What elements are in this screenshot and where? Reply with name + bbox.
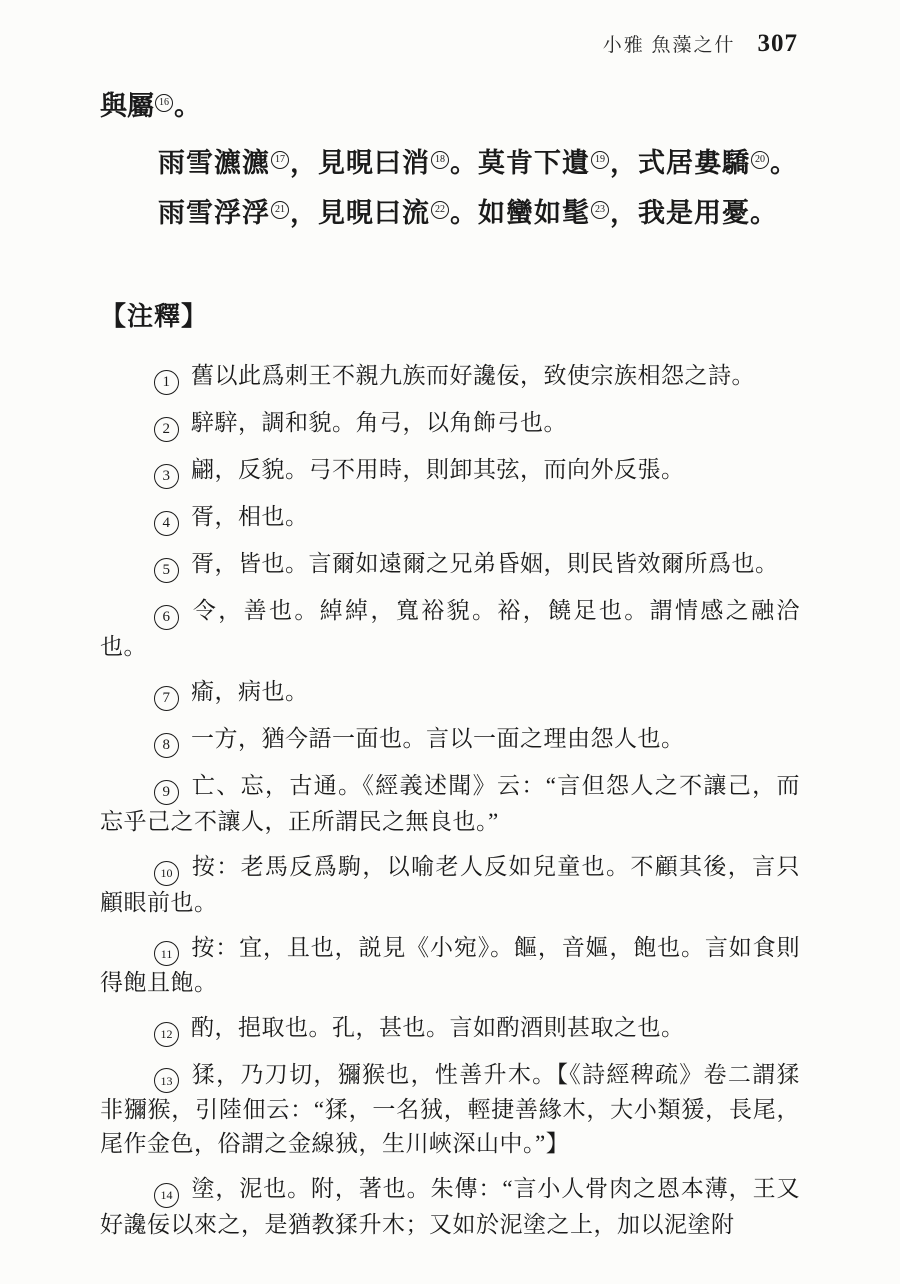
- note-number-circled: 5: [154, 558, 179, 583]
- verse-text: 雨雪瀌瀌: [158, 148, 270, 178]
- note-number-circled: 4: [154, 511, 179, 536]
- page-header: 小雅 魚藻之什 307: [100, 30, 800, 58]
- note-item: 2騂騂，調和貌。角弓，以角飾弓也。: [100, 406, 800, 442]
- note-text: 令，善也。綽綽，寬裕貌。裕，饒足也。謂情感之融洽也。: [100, 598, 800, 659]
- note-item: 9亡、忘，古通。《經義述聞》云：“言但怨人之不讓己，而忘乎己之不讓人，正所謂民之…: [100, 769, 800, 839]
- note-number-circled: 9: [154, 780, 179, 805]
- note-item: 12酌，挹取也。孔，甚也。言如酌酒則甚取之也。: [100, 1011, 800, 1047]
- note-ref-marker: 22: [431, 201, 449, 219]
- verse-text: 。如蠻如髦: [450, 198, 590, 228]
- note-item: 6令，善也。綽綽，寬裕貌。裕，饒足也。謂情感之融洽也。: [100, 594, 800, 664]
- note-text: 舊以此爲刺王不親九族而好讒佞，致使宗族相怨之詩。: [191, 363, 755, 388]
- note-text: 一方，猶今語一面也。言以一面之理由怨人也。: [191, 726, 685, 751]
- note-item: 11按：宜，且也，説見《小宛》。饇，音嫗，飽也。言如食則得飽且飽。: [100, 931, 800, 1001]
- note-ref-marker: 17: [271, 151, 289, 169]
- note-text: 按：宜，且也，説見《小宛》。饇，音嫗，飽也。言如食則得飽且飽。: [100, 935, 800, 996]
- note-text: 猱，乃刀切，獼猴也，性善升木。【《詩經稗疏》卷二謂猱非獼猴，引陸佃云：“猱，一名…: [100, 1062, 800, 1157]
- note-item: 8一方，猶今語一面也。言以一面之理由怨人也。: [100, 722, 800, 758]
- note-text: 酌，挹取也。孔，甚也。言如酌酒則甚取之也。: [191, 1015, 685, 1040]
- note-text: 騂騂，調和貌。角弓，以角飾弓也。: [191, 410, 567, 435]
- note-number-circled: 14: [154, 1183, 179, 1208]
- verse-text: ，式居婁驕: [610, 148, 750, 178]
- verse-line: 雨雪瀌瀌17，見晛曰消18。莫肯下遺19，式居婁驕20。: [100, 138, 800, 188]
- note-text: 翩，反貌。弓不用時，則卸其弦，而向外反張。: [191, 457, 685, 482]
- note-text: 胥，皆也。言爾如遠爾之兄弟昏姻，則民皆效爾所爲也。: [191, 551, 779, 576]
- notes-heading: 【注釋】: [100, 296, 800, 333]
- note-number-circled: 6: [154, 605, 179, 630]
- note-ref-marker: 19: [591, 151, 609, 169]
- note-ref-marker: 23: [591, 201, 609, 219]
- scanned-book-page: 小雅 魚藻之什 307 與屬16。 雨雪瀌瀌17，見晛曰消18。莫肯下遺19，式…: [0, 0, 900, 1284]
- note-number-circled: 2: [154, 417, 179, 442]
- verse-continuation-line: 與屬16。: [100, 88, 800, 124]
- verse-text: 。: [174, 91, 201, 121]
- note-number-circled: 13: [154, 1068, 179, 1093]
- note-ref-marker: 18: [431, 151, 449, 169]
- note-item: 13猱，乃刀切，獼猴也，性善升木。【《詩經稗疏》卷二謂猱非獼猴，引陸佃云：“猱，…: [100, 1058, 800, 1162]
- note-item: 10按：老馬反爲駒，以喻老人反如兒童也。不顧其後，言只顧眼前也。: [100, 850, 800, 920]
- verse-text: 與屬: [100, 91, 154, 121]
- note-number-circled: 11: [154, 941, 179, 966]
- note-text: 按：老馬反爲駒，以喻老人反如兒童也。不顧其後，言只顧眼前也。: [100, 854, 800, 915]
- verse-text: 。莫肯下遺: [450, 148, 590, 178]
- note-number-circled: 3: [154, 464, 179, 489]
- note-item: 3翩，反貌。弓不用時，則卸其弦，而向外反張。: [100, 453, 800, 489]
- note-number-circled: 10: [154, 861, 179, 886]
- note-number-circled: 1: [154, 370, 179, 395]
- note-text: 塗，泥也。附，著也。朱傳：“言小人骨肉之恩本薄，王又好讒佞以來之，是猶教猱升木；…: [100, 1176, 800, 1237]
- verse-text: ，見晛曰流: [290, 198, 430, 228]
- page-number: 307: [758, 30, 799, 58]
- note-number-circled: 8: [154, 733, 179, 758]
- note-ref-marker: 20: [751, 151, 769, 169]
- verse-text: 。: [770, 148, 798, 178]
- note-item: 4胥，相也。: [100, 500, 800, 536]
- verse-text: ，我是用憂。: [610, 198, 778, 228]
- verse-block: 雨雪瀌瀌17，見晛曰消18。莫肯下遺19，式居婁驕20。雨雪浮浮21，見晛曰流2…: [100, 138, 800, 238]
- note-number-circled: 12: [154, 1022, 179, 1047]
- verse-text: 雨雪浮浮: [158, 198, 270, 228]
- note-text: 胥，相也。: [191, 504, 309, 529]
- note-text: 亡、忘，古通。《經義述聞》云：“言但怨人之不讓己，而忘乎己之不讓人，正所謂民之無…: [100, 773, 800, 834]
- note-item: 14塗，泥也。附，著也。朱傳：“言小人骨肉之恩本薄，王又好讒佞以來之，是猶教猱升…: [100, 1172, 800, 1242]
- note-number-circled: 7: [154, 686, 179, 711]
- note-ref-marker: 21: [271, 201, 289, 219]
- note-ref-marker: 16: [155, 94, 173, 112]
- note-text: 瘉，病也。: [191, 679, 309, 704]
- note-item: 7瘉，病也。: [100, 675, 800, 711]
- verse-line: 雨雪浮浮21，見晛曰流22。如蠻如髦23，我是用憂。: [100, 188, 800, 238]
- note-item: 1舊以此爲刺王不親九族而好讒佞，致使宗族相怨之詩。: [100, 359, 800, 395]
- notes-list: 1舊以此爲刺王不親九族而好讒佞，致使宗族相怨之詩。2騂騂，調和貌。角弓，以角飾弓…: [100, 359, 800, 1242]
- note-item: 5胥，皆也。言爾如遠爾之兄弟昏姻，則民皆效爾所爲也。: [100, 547, 800, 583]
- section-title: 小雅 魚藻之什: [603, 30, 736, 57]
- verse-text: ，見晛曰消: [290, 148, 430, 178]
